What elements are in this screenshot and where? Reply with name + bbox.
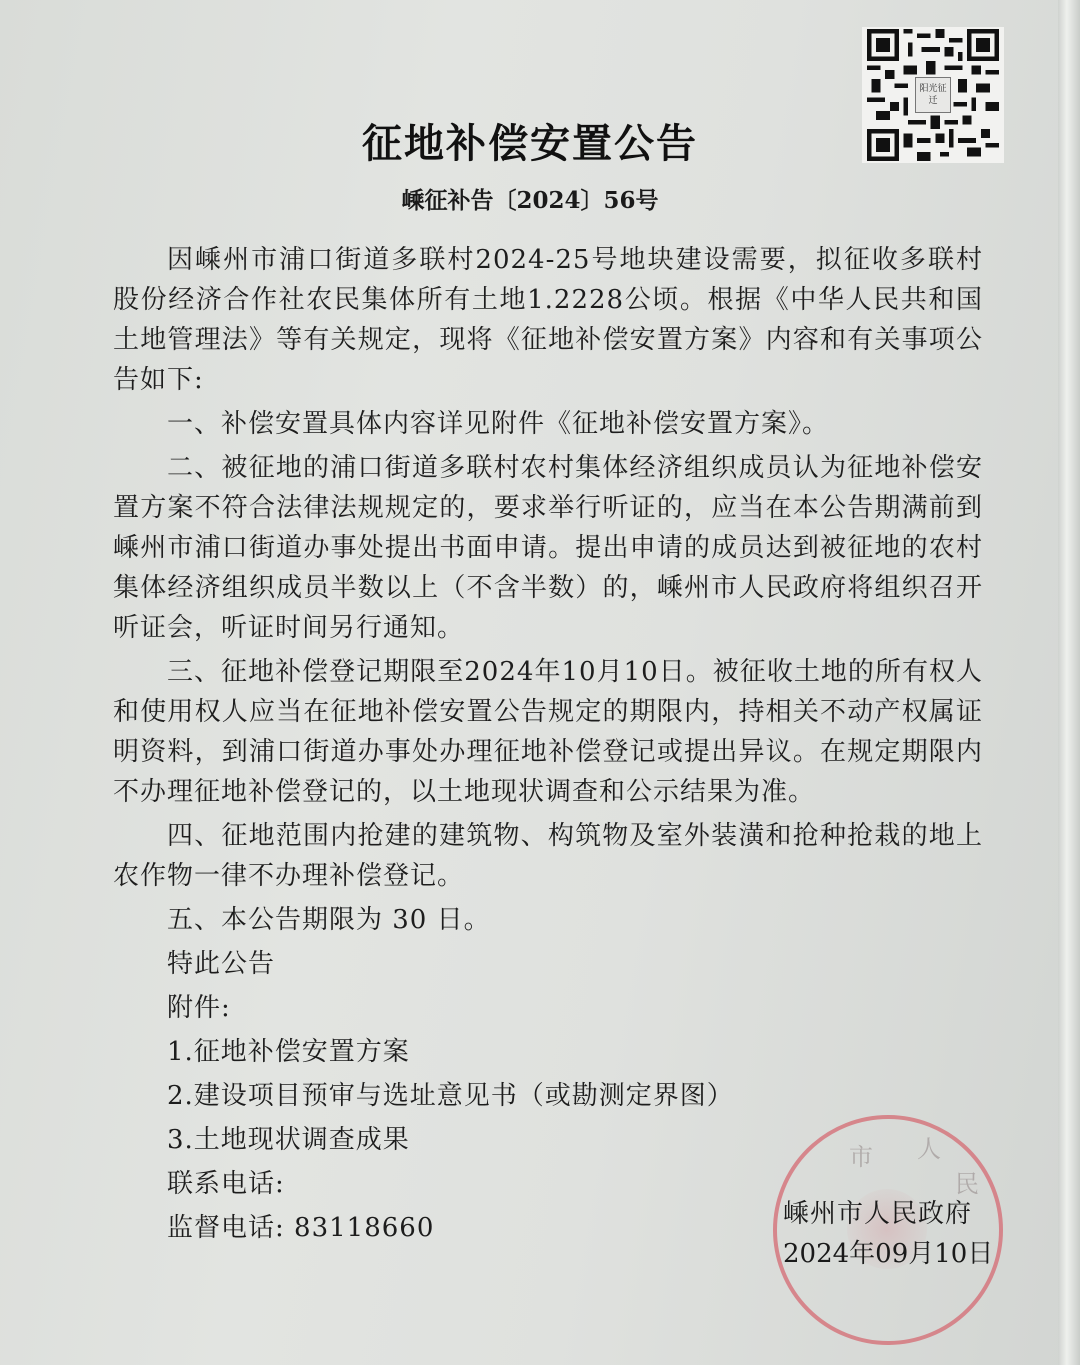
item-4: 四、征地范围内抢建的建筑物、构筑物及室外装潢和抢种抢栽的地上农作物一律不办理补偿… <box>113 816 983 896</box>
seal-char: 人 <box>917 1129 941 1164</box>
document-body: 因嵊州市浦口街道多联村2024-25号地块建设需要，拟征收多联村股份经济合作社农… <box>113 240 983 1248</box>
document-number: 嵊征补告〔2024〕56号 <box>0 182 1060 215</box>
qr-logo: 阳光征迁 <box>915 77 951 113</box>
intro-paragraph: 因嵊州市浦口街道多联村2024-25号地块建设需要，拟征收多联村股份经济合作社农… <box>113 240 983 400</box>
attachments-label: 附件: <box>113 988 983 1028</box>
document-title: 征地补偿安置公告 <box>0 112 1060 169</box>
item-1: 一、补偿安置具体内容详见附件《征地补偿安置方案》。 <box>113 404 983 444</box>
attachment-2: 2.建设项目预审与选址意见书（或勘测定界图） <box>113 1076 983 1116</box>
issuer-name: 嵊州市人民政府 <box>783 1193 972 1230</box>
item-3: 三、征地补偿登记期限至2024年10月10日。被征收土地的所有权人和使用权人应当… <box>113 652 983 812</box>
closing-text: 特此公告 <box>113 944 983 984</box>
seal-char: 市 <box>849 1137 873 1172</box>
attachment-1: 1.征地补偿安置方案 <box>113 1032 983 1072</box>
item-2: 二、被征地的浦口街道多联村农村集体经济组织成员认为征地补偿安置方案不符合法律法规… <box>113 448 983 648</box>
issue-date: 2024年09月10日 <box>783 1233 993 1270</box>
item-5: 五、本公告期限为 30 日。 <box>113 900 983 940</box>
official-seal: 市 人 民 <box>773 1115 1003 1345</box>
paper-edge <box>1058 0 1080 1365</box>
